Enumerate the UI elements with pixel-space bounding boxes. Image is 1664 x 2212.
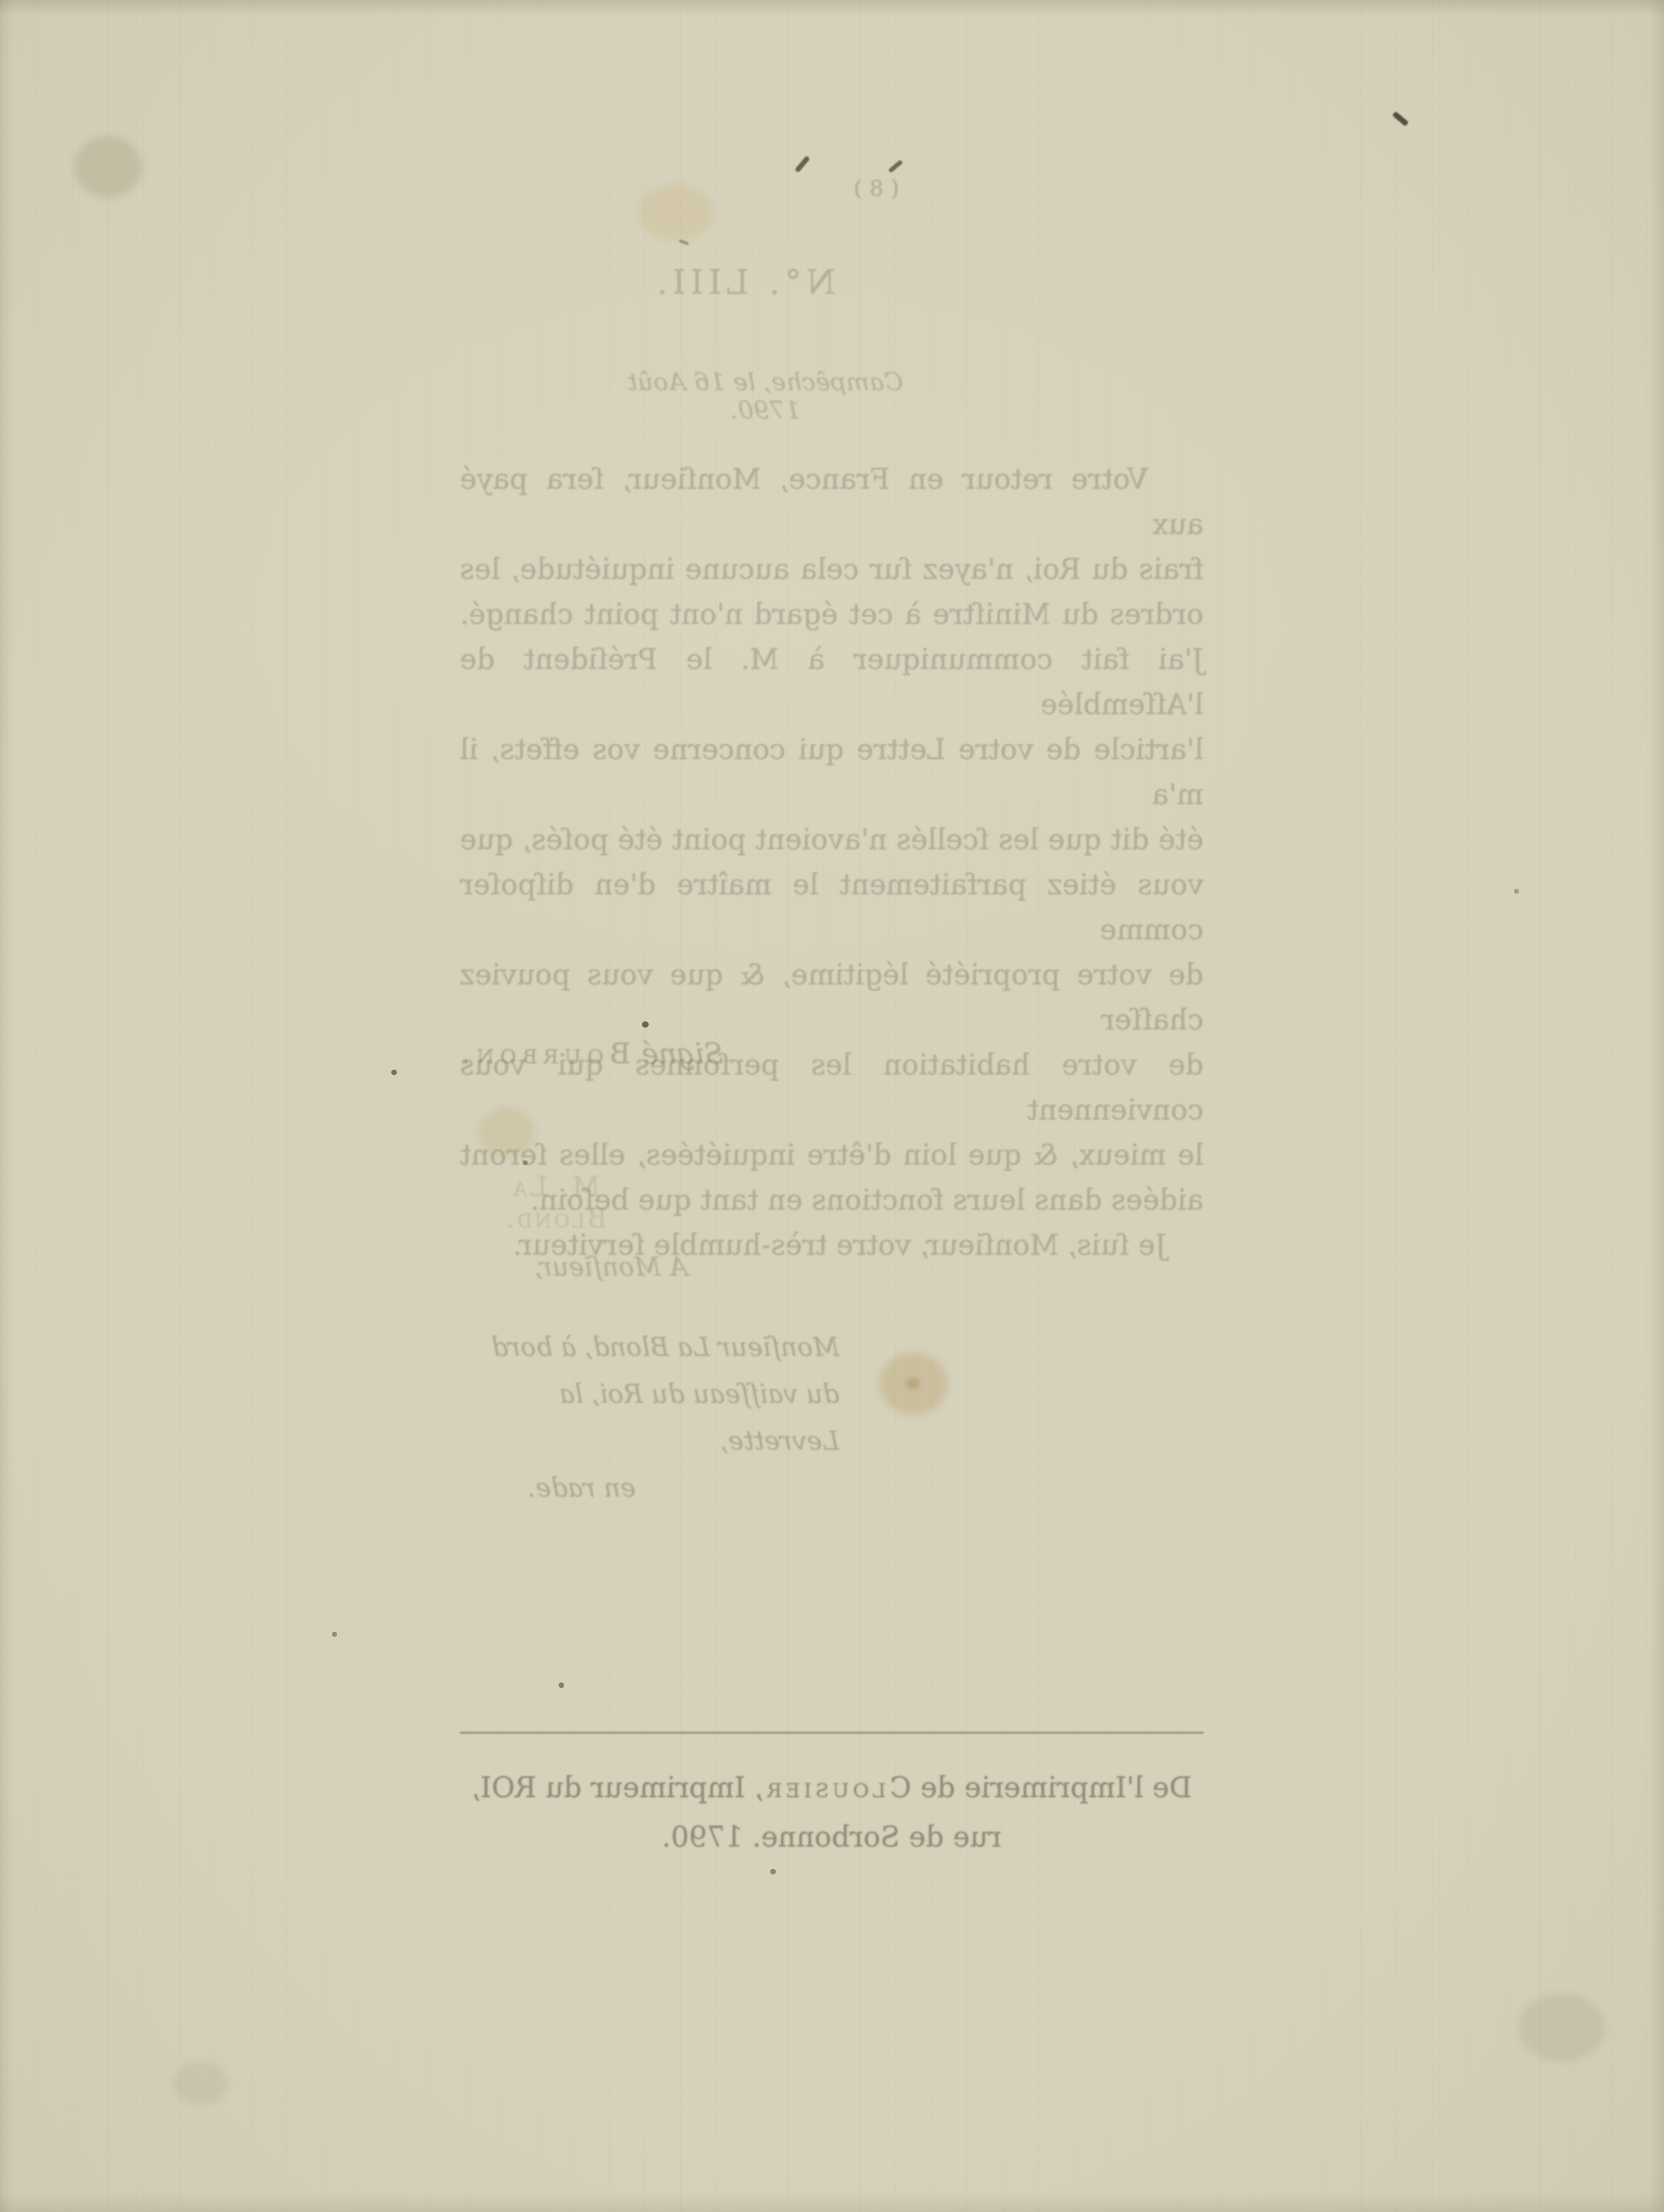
body-line: l'article de votre Lettre qui concerne v…	[460, 727, 1204, 817]
stain	[639, 185, 713, 241]
body-line: J'ai fait communiquer à M. le Préſident …	[460, 637, 1204, 727]
ink-speck	[523, 1160, 528, 1165]
address-line: Monſieur La Blond, à bord	[432, 1324, 839, 1371]
address-block: Monſieur La Blond, à bord du vaiſſeau du…	[432, 1324, 839, 1511]
ink-speck	[770, 1869, 776, 1874]
printer-imprint: De l'Imprimerie de Clousier, Imprimeur d…	[460, 1763, 1204, 1861]
imprint-text: , Imprimeur du ROI,	[472, 1771, 763, 1804]
ink-speck	[1392, 111, 1408, 127]
ink-speck	[391, 1070, 397, 1075]
ink-speck	[888, 159, 903, 173]
imprint-line-1: De l'Imprimerie de Clousier, Imprimeur d…	[460, 1763, 1204, 1812]
body-line: ordres du Miniſtre à cet égard n'ont poi…	[460, 592, 1204, 637]
divider-rule	[460, 1732, 1204, 1734]
ink-speck	[332, 1632, 337, 1637]
stain	[1518, 1994, 1605, 2061]
ink-speck	[1514, 889, 1519, 894]
page-number: ( 8 )	[821, 176, 932, 201]
dateline: Campêche, le 16 Août 1790.	[623, 368, 907, 425]
stain	[478, 1108, 534, 1157]
stain	[906, 1378, 920, 1390]
body-line: de votre propriété légitime, & que vous …	[460, 952, 1204, 1042]
printer-name: Clousier	[763, 1771, 912, 1804]
ink-speck	[794, 156, 810, 173]
recipient-label: M. La Blond.	[463, 1171, 648, 1234]
salutation: A Monſieur,	[512, 1252, 710, 1282]
stain	[173, 2061, 228, 2105]
imprint-line-2: rue de Sorbonne. 1790.	[460, 1812, 1204, 1861]
imprint-text: De l'Imprimerie de	[912, 1771, 1192, 1804]
signature-line: SignéBourbon.	[364, 1037, 815, 1070]
scanned-page: ( 8 ) N°. LIII. Campêche, le 16 Août 179…	[0, 0, 1664, 2212]
body-line: été dit que les ſcellés n'avoient point …	[460, 817, 1204, 862]
body-line: vous étiez parfaitement le maître d'en d…	[460, 862, 1204, 952]
address-line: du vaiſſeau du Roi, la Levrette,	[432, 1371, 839, 1465]
body-line: Votre retour en France, Monſieur, ſera p…	[460, 457, 1204, 547]
signed-prefix: Signé	[642, 1037, 724, 1070]
ink-speck	[559, 1682, 564, 1688]
body-line: frais du Roi, n'ayez ſur cela aucune inq…	[460, 547, 1204, 592]
ink-speck	[642, 1021, 649, 1028]
address-line: en rade.	[432, 1465, 839, 1511]
signed-name: Bourbon.	[456, 1037, 642, 1070]
stain	[74, 136, 142, 197]
section-heading: N°. LIII.	[630, 263, 858, 302]
letter-body: Votre retour en France, Monſieur, ſera p…	[460, 457, 1204, 1268]
